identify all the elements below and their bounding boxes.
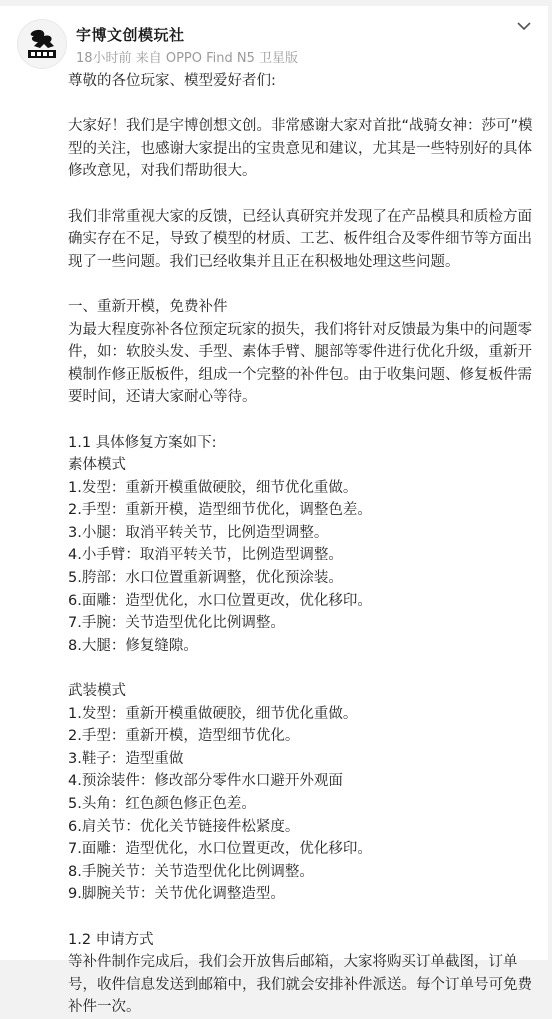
post-time: 18小时前: [76, 51, 132, 66]
post-meta: 18小时前 来自 OPPO Find N5 卫星版: [76, 47, 298, 66]
list-item: 1.发型：重新开模重做硬胶，细节优化重做。: [68, 477, 542, 500]
mode-title: 素体模式: [68, 454, 542, 477]
application-text: 等补件制作完成后，我们会开放售后邮箱，大家将购买订单截图，订单号，收件信息发送到…: [68, 951, 542, 960]
post-body: 尊敬的各位玩家、模型爱好者们: 大家好！我们是宇博创想文创。非常感谢大家对首批“…: [68, 70, 542, 960]
list-item: 8.手腕关节：关节造型优化比例调整。: [68, 861, 542, 884]
post-card: 宇博文创模玩社 18小时前 来自 OPPO Find N5 卫星版 尊敬的各位玩…: [0, 6, 548, 960]
subsection-title: 1.2 申请方式: [68, 929, 542, 952]
list-item: 6.肩关节：优化关节链接件松紧度。: [68, 816, 542, 839]
list-item: 1.发型：重新开模重做硬胶，细节优化重做。: [68, 703, 542, 726]
section-text: 为最大程度弥补各位预定玩家的损失，我们将针对反馈最为集中的问题零件，如：软胶头发…: [68, 319, 542, 409]
list-item: 3.鞋子：造型重做: [68, 748, 542, 771]
list-item: 4.预涂装件：修改部分零件水口避开外观面: [68, 770, 542, 793]
chevron-down-icon[interactable]: [516, 20, 532, 32]
avatar[interactable]: [17, 19, 67, 69]
list-item: 7.手腕：关节造型优化比例调整。: [68, 612, 542, 635]
list-item: 9.脚腕关节：关节优化调整造型。: [68, 883, 542, 906]
greeting: 尊敬的各位玩家、模型爱好者们:: [68, 70, 542, 93]
list-item: 8.大腿：修复缝隙。: [68, 635, 542, 658]
list-item: 6.面雕：造型优化，水口位置更改，优化移印。: [68, 590, 542, 613]
source-device[interactable]: OPPO Find N5 卫星版: [166, 51, 298, 66]
list-item: 5.头角：红色颜色修正色差。: [68, 793, 542, 816]
dragon-logo-icon: [24, 26, 60, 62]
post-header: 宇博文创模玩社 18小时前 来自 OPPO Find N5 卫星版: [0, 6, 548, 66]
mode-title: 武装模式: [68, 680, 542, 703]
list-item: 2.手型：重新开模，造型细节优化，调整色差。: [68, 499, 542, 522]
list-item: 4.小手臂：取消平转关节，比例造型调整。: [68, 544, 542, 567]
subsection-title: 1.1 具体修复方案如下:: [68, 432, 542, 455]
source-prefix: 来自: [136, 51, 162, 66]
list-item: 2.手型：重新开模，造型细节优化。: [68, 725, 542, 748]
author-name[interactable]: 宇博文创模玩社: [76, 24, 185, 45]
paragraph-feedback: 我们非常重视大家的反馈，已经认真研究并发现了在产品模具和质检方面确实存在不足，导…: [68, 206, 542, 274]
section-title: 一、重新开模，免费补件: [68, 296, 542, 319]
list-item: 5.胯部：水口位置重新调整，优化预涂装。: [68, 567, 542, 590]
list-item: 7.面雕：造型优化，水口位置更改，优化移印。: [68, 838, 542, 861]
paragraph-intro: 大家好！我们是宇博创想文创。非常感谢大家对首批“战骑女神：莎可”模型的关注，也感…: [68, 115, 542, 183]
list-item: 3.小腿：取消平转关节，比例造型调整。: [68, 522, 542, 545]
